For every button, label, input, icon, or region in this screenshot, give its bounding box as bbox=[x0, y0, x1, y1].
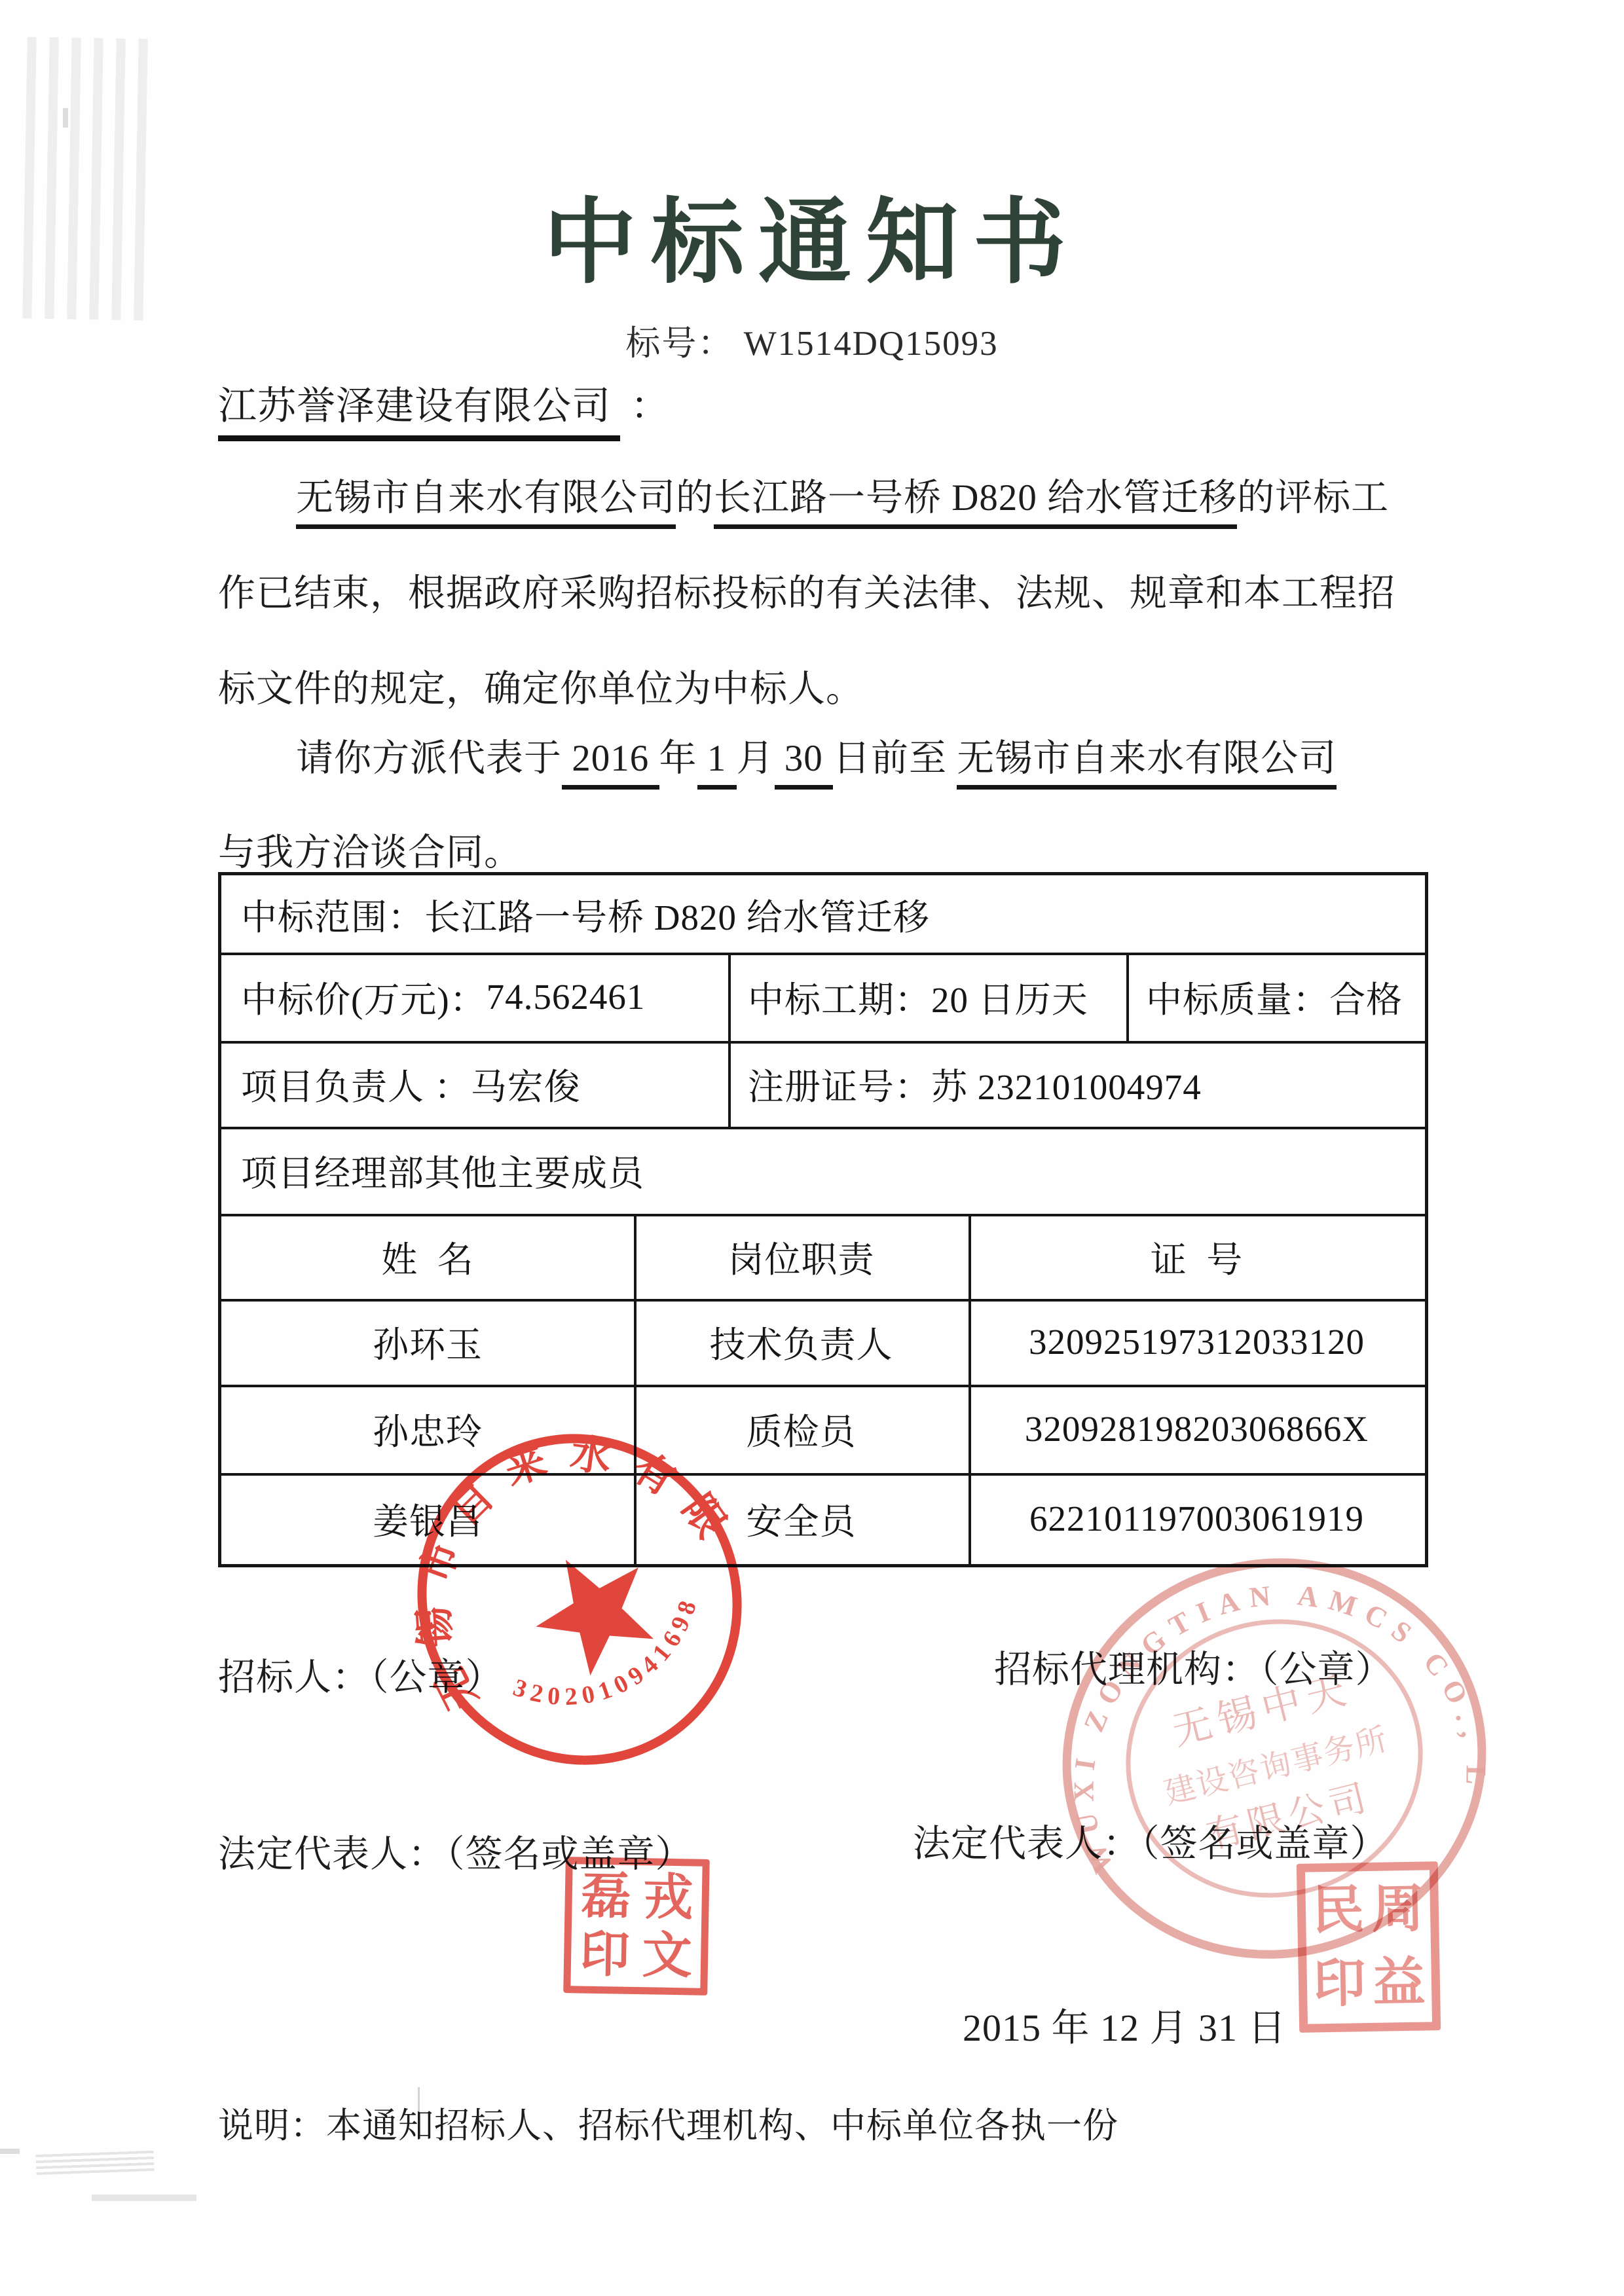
quality-value: 合格 bbox=[1329, 971, 1403, 1023]
member-cert: 32092819820306866X bbox=[969, 1385, 1425, 1473]
meet-company-underlined: 无锡市自来水有限公司 bbox=[957, 738, 1337, 790]
document-page: 中标通知书 标号： W1514DQ15093 江苏誉泽建设有限公司 ： 无锡市自… bbox=[0, 0, 1624, 2296]
scan-artifact-bottom-dash bbox=[0, 2149, 20, 2154]
doc-title: 中标通知书 bbox=[0, 168, 1624, 301]
column-header-name: 姓 名 bbox=[221, 1214, 634, 1299]
paragraph1-line2: 作已结束，根据政府采购招标投标的有关法律、法规、规章和本工程招 bbox=[218, 563, 1395, 617]
salutation-line: 江苏誉泽建设有限公司 ： bbox=[218, 374, 670, 430]
paragraph-text: 年 bbox=[659, 738, 697, 779]
registration-value: 苏 232101004974 bbox=[931, 1058, 1202, 1110]
registration-cell: 注册证号：苏 232101004974 bbox=[748, 1041, 1416, 1127]
paragraph-text: 日前至 bbox=[833, 738, 957, 779]
registration-label: 注册证号： bbox=[748, 1058, 931, 1110]
year-underlined: 2016 bbox=[562, 738, 659, 790]
column-header-cert: 证 号 bbox=[969, 1214, 1425, 1299]
issue-date: 2015 年 12 月 31 日 bbox=[963, 1997, 1287, 2052]
scan-artifact-bottom-left-2 bbox=[92, 2195, 196, 2201]
duration-value: 20 日历天 bbox=[931, 971, 1088, 1023]
bid-number-value: W1514DQ15093 bbox=[744, 325, 999, 363]
quality-label: 中标质量： bbox=[1146, 971, 1329, 1023]
paragraph1-line1: 无锡市自来水有限公司的长江路一号桥 D820 给水管迁移的评标工 bbox=[296, 467, 1389, 521]
price-value: 74.562461 bbox=[487, 976, 646, 1017]
seal-char: 印 bbox=[1313, 1958, 1366, 2011]
paragraph-text: 的 bbox=[676, 477, 714, 519]
price-cell: 中标价(万元)：74.562461 bbox=[241, 953, 719, 1041]
seal-char: 周 bbox=[1371, 1884, 1424, 1937]
quality-cell: 中标质量：合格 bbox=[1146, 953, 1421, 1041]
member-role: 技术负责人 bbox=[634, 1299, 969, 1385]
scope-value: 长江路一号桥 D820 给水管迁移 bbox=[424, 888, 930, 940]
column-header-role: 岗位职责 bbox=[634, 1214, 969, 1299]
salutation-colon: ： bbox=[631, 384, 670, 428]
seal-char: 戎 bbox=[643, 1872, 693, 1923]
seal-char: 益 bbox=[1373, 1957, 1426, 2010]
table-border bbox=[1126, 953, 1129, 1041]
paragraph2-line2: 与我方洽谈合同。 bbox=[218, 822, 522, 876]
member-name: 孙环玉 bbox=[221, 1299, 634, 1385]
project-name-underlined: 长江路一号桥 D820 给水管迁移 bbox=[714, 477, 1237, 529]
members-title-cell: 项目经理部其他主要成员 bbox=[241, 1127, 1407, 1214]
footer-note: 说明：本通知招标人、招标代理机构、中标单位各执一份 bbox=[218, 2098, 1118, 2148]
bid-number-label: 标号： bbox=[625, 325, 733, 363]
owner-company-underlined: 无锡市自来水有限公司 bbox=[296, 477, 676, 529]
table-border bbox=[728, 953, 731, 1127]
paragraph-text: 请你方派代表于 bbox=[296, 738, 562, 779]
member-cert: 320925197312033120 bbox=[969, 1299, 1425, 1385]
duration-cell: 中标工期：20 日历天 bbox=[748, 953, 1115, 1041]
duration-label: 中标工期： bbox=[748, 971, 931, 1023]
paragraph-text: 的评标工 bbox=[1237, 477, 1389, 519]
name-seal-right: 民 周 印 益 bbox=[1297, 1861, 1441, 2033]
addressee-company: 江苏誉泽建设有限公司 bbox=[218, 384, 620, 441]
scope-cell: 中标范围：长江路一号桥 D820 给水管迁移 bbox=[241, 875, 1407, 953]
seal-char: 文 bbox=[642, 1931, 692, 1981]
price-label: 中标价(万元)： bbox=[241, 971, 487, 1023]
legal-rep-label: 法定代表人： bbox=[218, 1834, 446, 1875]
paragraph1-line3: 标文件的规定，确定你单位为中标人。 bbox=[218, 659, 864, 712]
seal-char: 民 bbox=[1312, 1884, 1365, 1937]
seal-char: 磊 bbox=[581, 1871, 631, 1922]
manager-value: 马宏俊 bbox=[471, 1058, 581, 1110]
award-table: 中标范围：长江路一号桥 D820 给水管迁移 中标价(万元)：74.562461… bbox=[218, 872, 1428, 1567]
seal-char: 印 bbox=[580, 1929, 630, 1980]
name-seal-left: 磊 戎 印 文 bbox=[563, 1857, 710, 1995]
paragraph-text: 月 bbox=[737, 738, 775, 779]
scope-label: 中标范围： bbox=[241, 888, 424, 940]
paragraph2-line1: 请你方派代表于 2016 年 1 月 30 日前至 无锡市自来水有限公司 bbox=[296, 728, 1337, 782]
month-underlined: 1 bbox=[697, 738, 737, 790]
manager-cell: 项目负责人 ：马宏俊 bbox=[241, 1041, 719, 1127]
manager-label: 项目负责人 ： bbox=[241, 1058, 471, 1110]
scan-artifact-left-edge bbox=[63, 108, 68, 128]
scan-artifact-bottom-left-1 bbox=[35, 2149, 154, 2175]
tenderer-label: 招标人： bbox=[218, 1657, 370, 1698]
bid-number-line: 标号： W1514DQ15093 bbox=[0, 316, 1624, 365]
day-underlined: 30 bbox=[775, 738, 834, 790]
water-company-round-seal: 无锡市自来水有限公司 3202010941698 bbox=[409, 1424, 750, 1777]
